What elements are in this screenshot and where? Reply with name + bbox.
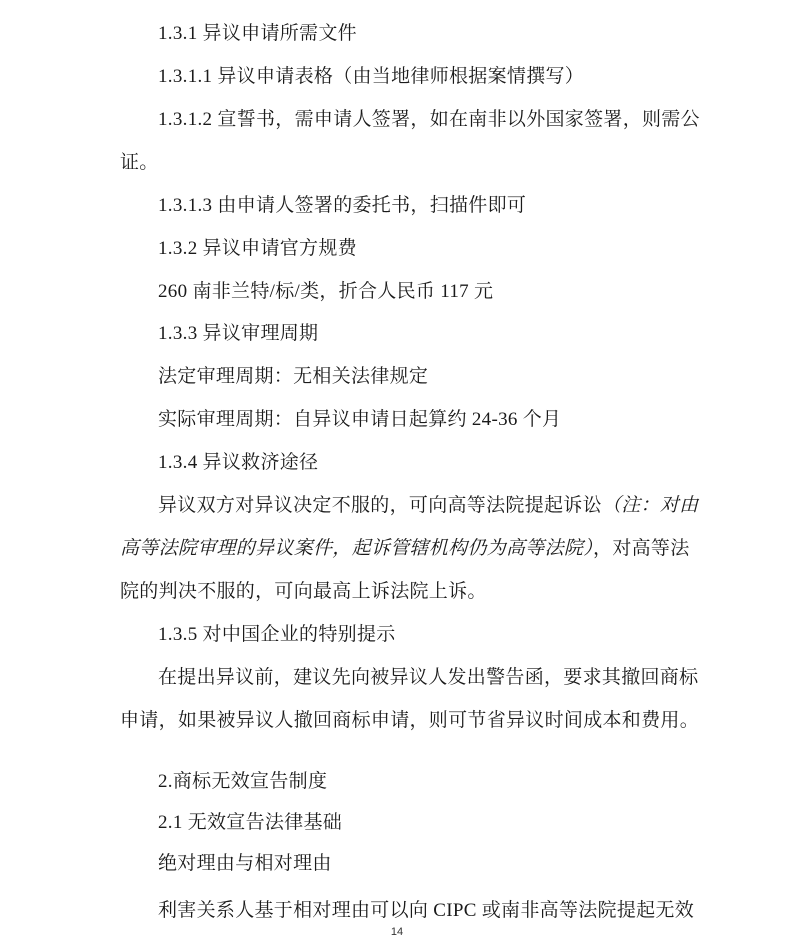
page-number: 14 [0, 926, 794, 938]
remedy-note-end: 高等法院审理的异议案件，起诉管辖机构仍为高等法院） [120, 538, 593, 559]
remedy-text: 异议双方对异议决定不服的，可向高等法院提起诉讼 [158, 495, 602, 516]
interested-party-text: 利害关系人基于相对理由可以向 CIPC 或南非高等法院提起无效 [158, 899, 694, 923]
heading-1-3-5: 1.3.5 对中国企业的特别提示 [158, 623, 396, 647]
heading-1-3-1: 1.3.1 异议申请所需文件 [158, 22, 357, 46]
heading-2-1: 2.1 无效宣告法律基础 [158, 811, 342, 835]
actual-period-text: 实际审理周期：自异议申请日起算约 24-36 个月 [158, 408, 561, 432]
heading-1-3-3: 1.3.3 异议审理周期 [158, 322, 318, 346]
fee-text: 260 南非兰特/标/类，折合人民币 117 元 [158, 280, 493, 304]
heading-1-3-2: 1.3.2 异议申请官方规费 [158, 237, 357, 261]
remedy-text-continued: ，对高等法 [593, 538, 690, 559]
document-page: 1.3.1 异议申请所需文件 1.3.1.1 异议申请表格（由当地律师根据案情撰… [0, 0, 794, 944]
remedy-paragraph-line-1: 异议双方对异议决定不服的，可向高等法院提起诉讼（注：对由 [158, 494, 698, 518]
remedy-note-start: （注：对由 [602, 495, 699, 516]
statutory-period-text: 法定审理周期：无相关法律规定 [158, 365, 428, 389]
heading-1-3-4: 1.3.4 异议救济途径 [158, 451, 318, 475]
item-1-3-1-2-continued: 证。 [120, 151, 159, 175]
heading-2: 2.商标无效宣告制度 [158, 770, 327, 794]
item-1-3-1-3: 1.3.1.3 由申请人签署的委托书，扫描件即可 [158, 194, 526, 218]
tip-paragraph-line-1: 在提出异议前，建议先向被异议人发出警告函，要求其撤回商标 [158, 666, 698, 690]
tip-paragraph-line-2: 申请，如果被异议人撤回商标申请，则可节省异议时间成本和费用。 [120, 709, 699, 733]
remedy-paragraph-line-2: 高等法院审理的异议案件，起诉管辖机构仍为高等法院），对高等法 [120, 537, 690, 561]
remedy-paragraph-line-3: 院的判决不服的，可向最高上诉法院上诉。 [120, 580, 487, 604]
item-1-3-1-1: 1.3.1.1 异议申请表格（由当地律师根据案情撰写） [158, 65, 584, 89]
grounds-text: 绝对理由与相对理由 [158, 852, 332, 876]
item-1-3-1-2: 1.3.1.2 宣誓书，需申请人签署，如在南非以外国家签署，则需公 [158, 108, 700, 132]
